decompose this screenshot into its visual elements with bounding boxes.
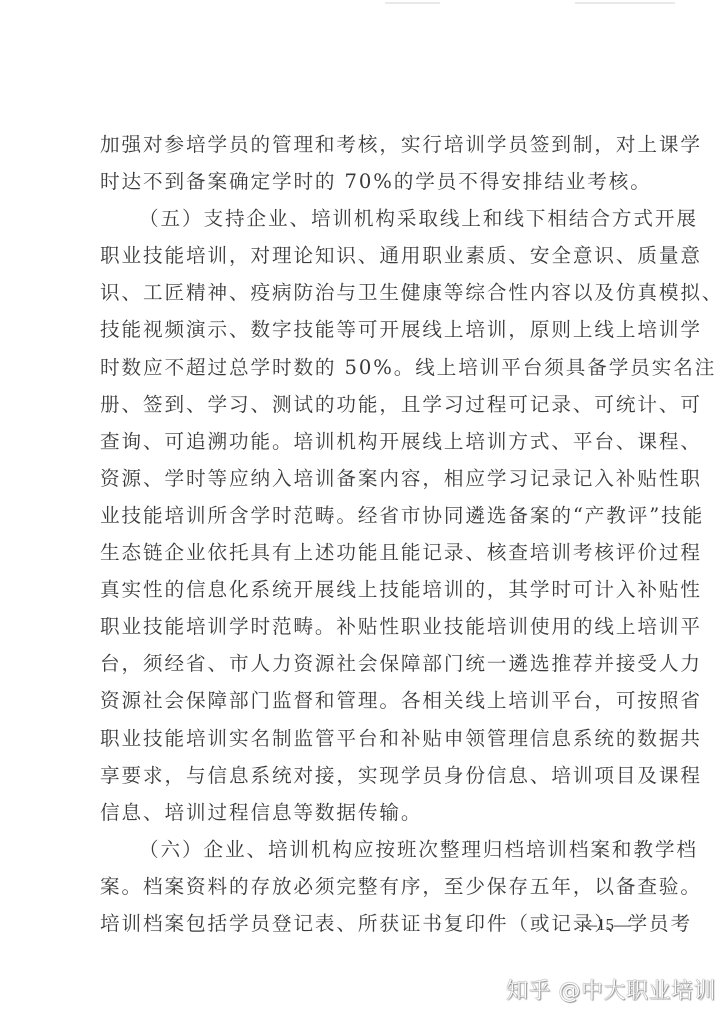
text-line: 时数应不超过总学时数的 50%。线上培训平台须具备学员实名注 — [100, 349, 616, 386]
text-line: 查询、可追溯功能。培训机构开展线上培训方式、平台、课程、 — [100, 423, 616, 460]
text-line: 册、签到、学习、测试的功能，且学习过程可记录、可统计、可 — [100, 386, 616, 423]
text-line: 资源社会保障部门监督和管理。各相关线上培训平台，可按照省 — [100, 682, 616, 719]
watermark: 知乎 @中大职业培训 — [506, 974, 716, 1005]
text-line: 案。档案资料的存放必须完整有序，至少保存五年，以备查验。 — [100, 868, 616, 905]
text-line: 信息、培训过程信息等数据传输。 — [100, 794, 616, 831]
text-line: 识、工匠精神、疫病防治与卫生健康等综合性内容以及仿真模拟、 — [100, 274, 616, 311]
text-line: 职业技能培训实名制监管平台和补贴申领管理信息系统的数据共 — [100, 720, 616, 757]
text-line: 培训档案包括学员登记表、所获证书复印件（或记录）、学员考 — [100, 905, 616, 942]
page-number: —15— — [580, 915, 631, 935]
text-line: 技能视频演示、数字技能等可开展线上培训，原则上线上培训学 — [100, 311, 616, 348]
text-line: 业技能培训所含学时范畴。经省市协同遴选备案的“产教评”技能 — [100, 497, 616, 534]
text-line: 享要求，与信息系统对接，实现学员身份信息、培训项目及课程 — [100, 757, 616, 794]
text-line: 生态链企业依托具有上述功能且能记录、核查培训考核评价过程 — [100, 534, 616, 571]
text-line: 职业技能培训学时范畴。补贴性职业技能培训使用的线上培训平 — [100, 608, 616, 645]
document-body: 加强对参培学员的管理和考核，实行培训学员签到制，对上课学 时达不到备案确定学时的… — [100, 126, 616, 942]
text-line: 资源、学时等应纳入培训备案内容，相应学习记录记入补贴性职 — [100, 460, 616, 497]
scan-edge-mark — [575, 2, 675, 4]
text-line: 真实性的信息化系统开展线上技能培训的，其学时可计入补贴性 — [100, 571, 616, 608]
text-line: 职业技能培训，对理论知识、通用职业素质、安全意识、质量意 — [100, 237, 616, 274]
text-line: 台，须经省、市人力资源社会保障部门统一遴选推荐并接受人力 — [100, 645, 616, 682]
text-line: 时达不到备案确定学时的 70%的学员不得安排结业考核。 — [100, 163, 616, 200]
scan-edge-mark — [385, 2, 440, 4]
text-line: 加强对参培学员的管理和考核，实行培训学员签到制，对上课学 — [100, 126, 616, 163]
paragraph-start-line: （六）企业、培训机构应按班次整理归档培训档案和教学档 — [100, 831, 616, 868]
paragraph-start-line: （五）支持企业、培训机构采取线上和线下相结合方式开展 — [100, 200, 616, 237]
